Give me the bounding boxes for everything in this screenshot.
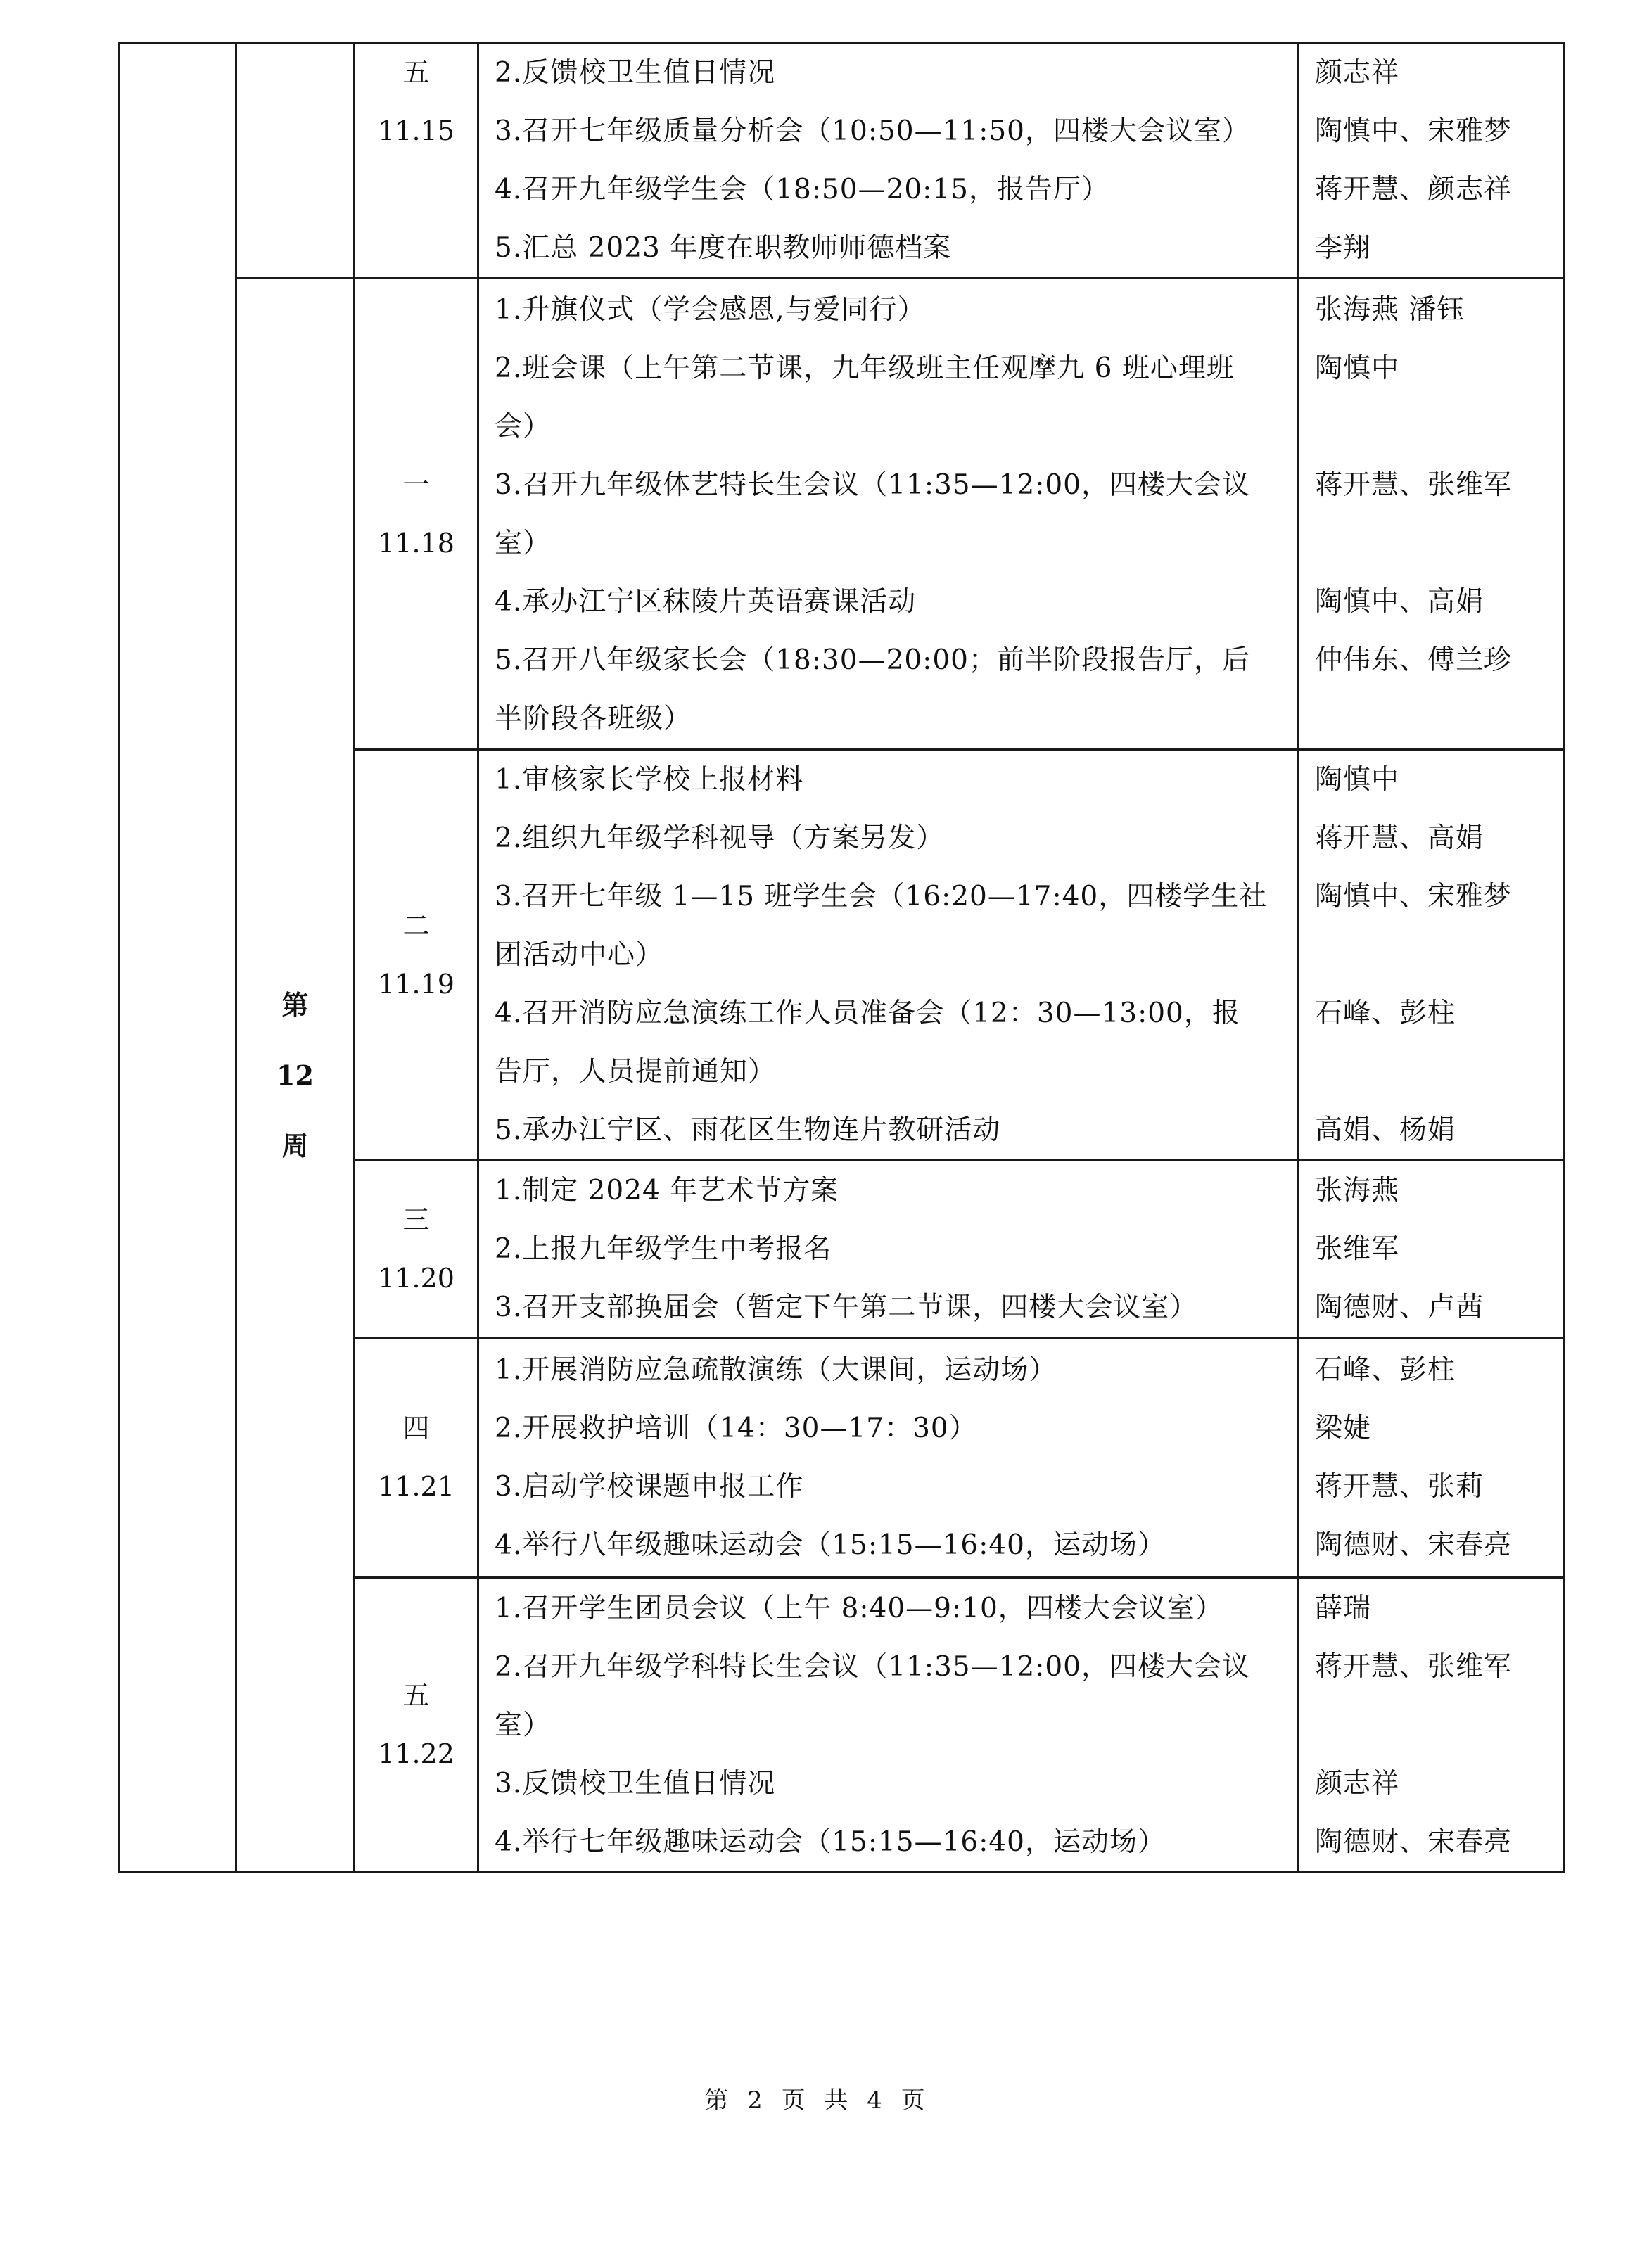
spacer bbox=[1299, 689, 1563, 748]
tasks-cell: 2.反馈校卫生值日情况3.召开七年级质量分析会（10:50—11:50，四楼大会… bbox=[478, 43, 1299, 279]
weekday-label: 五 bbox=[355, 44, 477, 102]
responsible-person: 石峰、彭柱 bbox=[1299, 984, 1563, 1043]
task-item: 1.升旗仪式（学会感恩,与爱同行） bbox=[479, 281, 1297, 339]
task-item-continuation: 室） bbox=[479, 1696, 1297, 1754]
responsible-cell: 张海燕 潘钰陶慎中 蒋开慧、张维军 陶慎中、高娟仲伟东、傅兰珍 bbox=[1299, 279, 1564, 750]
responsible-person: 张海燕 bbox=[1299, 1161, 1563, 1220]
responsible-person: 高娟、杨娟 bbox=[1299, 1101, 1563, 1159]
task-item: 2.班会课（上午第二节课，九年级班主任观摩九 6 班心理班 bbox=[479, 339, 1297, 397]
date-label: 11.18 bbox=[355, 514, 477, 573]
week-label-cell: 第12周 bbox=[236, 279, 355, 1873]
responsible-person: 张维军 bbox=[1299, 1220, 1563, 1278]
task-item: 3.召开七年级 1—15 班学生会（16:20—17:40，四楼学生社 bbox=[479, 867, 1297, 926]
day-cell: 五11.15 bbox=[355, 43, 478, 279]
task-item-continuation: 团活动中心） bbox=[479, 926, 1297, 984]
weekly-schedule-table: 五11.152.反馈校卫生值日情况3.召开七年级质量分析会（10:50—11:5… bbox=[118, 42, 1565, 1873]
responsible-person: 薛瑞 bbox=[1299, 1579, 1563, 1638]
responsible-person: 颜志祥 bbox=[1299, 1754, 1563, 1813]
week-cell-previous bbox=[236, 43, 355, 279]
blank-column-cell bbox=[120, 43, 236, 1873]
responsible-person: 张海燕 潘钰 bbox=[1299, 281, 1563, 339]
spacer bbox=[1299, 514, 1563, 573]
spacer bbox=[1299, 1043, 1563, 1101]
task-item: 3.召开七年级质量分析会（10:50—11:50，四楼大会议室） bbox=[479, 102, 1297, 160]
task-item: 4.召开消防应急演练工作人员准备会（12：30—13:00，报 bbox=[479, 984, 1297, 1043]
day-cell: 五11.22 bbox=[355, 1578, 478, 1873]
task-item: 4.举行七年级趣味运动会（15:15—16:40，运动场） bbox=[479, 1813, 1297, 1871]
responsible-cell: 陶慎中蒋开慧、高娟陶慎中、宋雅梦 石峰、彭柱 高娟、杨娟 bbox=[1299, 750, 1564, 1161]
task-item: 2.反馈校卫生值日情况 bbox=[479, 44, 1297, 102]
responsible-person: 陶慎中 bbox=[1299, 751, 1563, 809]
responsible-cell: 薛瑞蒋开慧、张维军 颜志祥陶德财、宋春亮 bbox=[1299, 1578, 1564, 1873]
spacer bbox=[1299, 926, 1563, 984]
responsible-person: 李翔 bbox=[1299, 219, 1563, 277]
responsible-person: 陶德财、宋春亮 bbox=[1299, 1813, 1563, 1871]
task-item: 2.上报九年级学生中考报名 bbox=[479, 1220, 1297, 1278]
responsible-person: 陶慎中、高娟 bbox=[1299, 573, 1563, 631]
task-item: 4.举行八年级趣味运动会（15:15—16:40，运动场） bbox=[479, 1516, 1297, 1574]
responsible-person: 蒋开慧、张莉 bbox=[1299, 1458, 1563, 1516]
task-item-continuation: 室） bbox=[479, 514, 1297, 573]
responsible-person: 陶德财、宋春亮 bbox=[1299, 1516, 1563, 1574]
task-item: 3.召开九年级体艺特长生会议（11:35—12:00，四楼大会议 bbox=[479, 456, 1297, 514]
date-label: 11.21 bbox=[355, 1458, 477, 1516]
task-item-continuation: 告厅，人员提前通知） bbox=[479, 1043, 1297, 1101]
task-item-continuation: 会） bbox=[479, 397, 1297, 456]
task-item: 1.制定 2024 年艺术节方案 bbox=[479, 1161, 1297, 1220]
day-cell: 四11.21 bbox=[355, 1338, 478, 1578]
task-item: 3.反馈校卫生值日情况 bbox=[479, 1754, 1297, 1813]
weekday-label: 一 bbox=[355, 456, 477, 514]
weekday-label: 二 bbox=[355, 897, 477, 955]
tasks-cell: 1.制定 2024 年艺术节方案2.上报九年级学生中考报名3.召开支部换届会（暂… bbox=[478, 1161, 1299, 1338]
date-label: 11.22 bbox=[355, 1725, 477, 1783]
weekday-label: 三 bbox=[355, 1191, 477, 1249]
responsible-person: 陶德财、卢茜 bbox=[1299, 1278, 1563, 1337]
tasks-cell: 1.审核家长学校上报材料2.组织九年级学科视导（方案另发）3.召开七年级 1—1… bbox=[478, 750, 1299, 1161]
task-item: 5.承办江宁区、雨花区生物连片教研活动 bbox=[479, 1101, 1297, 1159]
task-item: 3.召开支部换届会（暂定下午第二节课，四楼大会议室） bbox=[479, 1278, 1297, 1337]
responsible-person: 蒋开慧、颜志祥 bbox=[1299, 160, 1563, 219]
responsible-person: 石峰、彭柱 bbox=[1299, 1341, 1563, 1399]
task-item: 1.召开学生团员会议（上午 8:40—9:10，四楼大会议室） bbox=[479, 1579, 1297, 1638]
spacer bbox=[1299, 1696, 1563, 1754]
responsible-cell: 颜志祥陶慎中、宋雅梦蒋开慧、颜志祥李翔 bbox=[1299, 43, 1564, 279]
responsible-person: 陶慎中 bbox=[1299, 339, 1563, 397]
date-label: 11.20 bbox=[355, 1249, 477, 1308]
weekday-label: 五 bbox=[355, 1667, 477, 1725]
responsible-person: 蒋开慧、高娟 bbox=[1299, 809, 1563, 867]
task-item: 5.汇总 2023 年度在职教师师德档案 bbox=[479, 219, 1297, 277]
day-cell: 一11.18 bbox=[355, 279, 478, 750]
day-cell: 三11.20 bbox=[355, 1161, 478, 1338]
date-label: 11.15 bbox=[355, 102, 477, 160]
task-item: 2.开展救护培训（14：30—17：30） bbox=[479, 1399, 1297, 1458]
week-label-part: 12 bbox=[237, 1040, 353, 1111]
tasks-cell: 1.升旗仪式（学会感恩,与爱同行）2.班会课（上午第二节课，九年级班主任观摩九 … bbox=[478, 279, 1299, 750]
responsible-person: 陶慎中、宋雅梦 bbox=[1299, 102, 1563, 160]
task-item: 3.启动学校课题申报工作 bbox=[479, 1458, 1297, 1516]
task-item: 4.承办江宁区秣陵片英语赛课活动 bbox=[479, 573, 1297, 631]
responsible-person: 蒋开慧、张维军 bbox=[1299, 456, 1563, 514]
responsible-cell: 石峰、彭柱梁婕蒋开慧、张莉陶德财、宋春亮 bbox=[1299, 1338, 1564, 1578]
responsible-cell: 张海燕张维军陶德财、卢茜 bbox=[1299, 1161, 1564, 1338]
document-page: 五11.152.反馈校卫生值日情况3.召开七年级质量分析会（10:50—11:5… bbox=[0, 0, 1635, 2268]
task-item: 2.召开九年级学科特长生会议（11:35—12:00，四楼大会议 bbox=[479, 1638, 1297, 1696]
day-cell: 二11.19 bbox=[355, 750, 478, 1161]
tasks-cell: 1.开展消防应急疏散演练（大课间，运动场）2.开展救护培训（14：30—17：3… bbox=[478, 1338, 1299, 1578]
task-item: 1.开展消防应急疏散演练（大课间，运动场） bbox=[479, 1341, 1297, 1399]
task-item-continuation: 半阶段各班级） bbox=[479, 689, 1297, 748]
page-number-footer: 第 2 页 共 4 页 bbox=[0, 2081, 1635, 2115]
task-item: 5.召开八年级家长会（18:30—20:00；前半阶段报告厅，后 bbox=[479, 631, 1297, 689]
responsible-person: 陶慎中、宋雅梦 bbox=[1299, 867, 1563, 926]
spacer bbox=[1299, 397, 1563, 456]
week-label-part: 周 bbox=[237, 1111, 353, 1181]
week-label-part: 第 bbox=[237, 970, 353, 1040]
weekday-label: 四 bbox=[355, 1399, 477, 1458]
date-label: 11.19 bbox=[355, 955, 477, 1014]
task-item: 2.组织九年级学科视导（方案另发） bbox=[479, 809, 1297, 867]
responsible-person: 蒋开慧、张维军 bbox=[1299, 1638, 1563, 1696]
responsible-person: 梁婕 bbox=[1299, 1399, 1563, 1458]
responsible-person: 仲伟东、傅兰珍 bbox=[1299, 631, 1563, 689]
task-item: 4.召开九年级学生会（18:50—20:15，报告厅） bbox=[479, 160, 1297, 219]
day-row: 第12周一11.181.升旗仪式（学会感恩,与爱同行）2.班会课（上午第二节课，… bbox=[120, 279, 1564, 750]
tasks-cell: 1.召开学生团员会议（上午 8:40—9:10，四楼大会议室）2.召开九年级学科… bbox=[478, 1578, 1299, 1873]
responsible-person: 颜志祥 bbox=[1299, 44, 1563, 102]
task-item: 1.审核家长学校上报材料 bbox=[479, 751, 1297, 809]
day-row: 五11.152.反馈校卫生值日情况3.召开七年级质量分析会（10:50—11:5… bbox=[120, 43, 1564, 279]
